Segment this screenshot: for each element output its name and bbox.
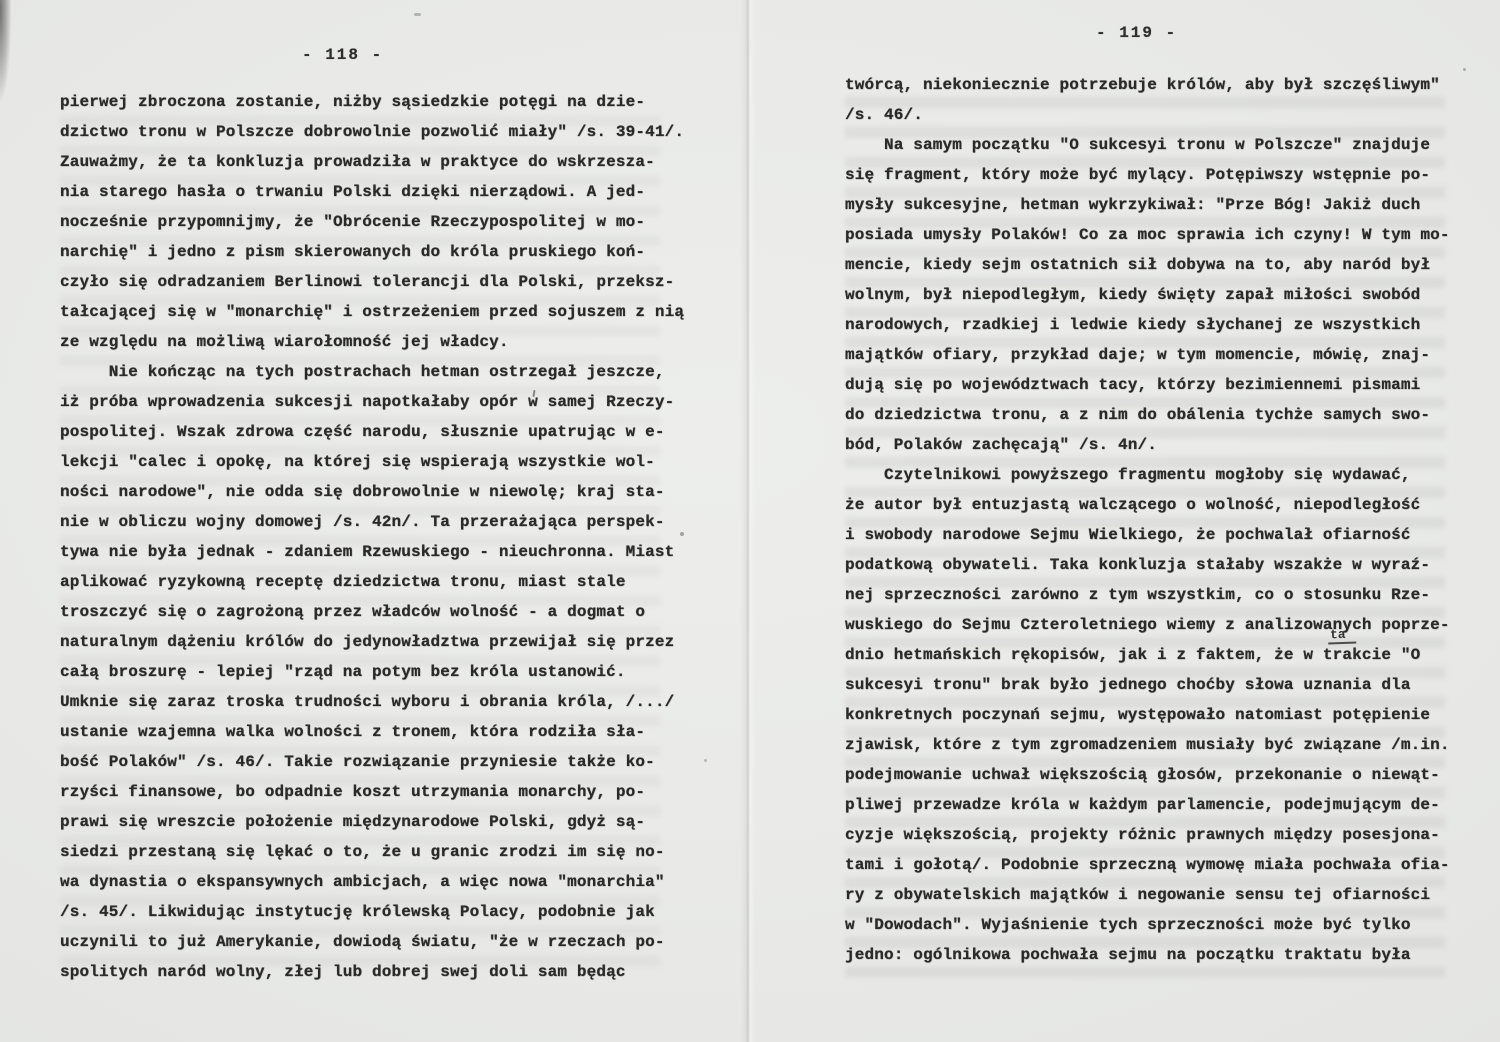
scanned-book-spread: - 118 - pierwej zbroczona zostanie, niżb… [0,0,1500,1042]
text-line: /s. 46/. [845,100,1450,130]
text-line: tywa nie była jednak - zdaniem Rzewuskie… [60,537,684,567]
text-line: Zauważmy, że ta konkluzja prowadziła w p… [60,147,684,177]
paper-speck [494,123,497,126]
text-line: zjawisk, które z tym zgromadzeniem musia… [845,730,1450,760]
paper-speck [680,532,684,536]
text-line: jedno: ogólnikowa pochwała sejmu na pocz… [845,940,1450,970]
text-line: naturalnym dążeniu królów do jedynowładz… [60,627,684,657]
text-line: w "Dowodach". Wyjaśnienie tych sprzeczno… [845,910,1450,940]
text-line: spolitych naród wolny, złej lub dobrej s… [60,957,684,987]
text-line: pospolitej. Wszak zdrowa część narodu, s… [60,417,684,447]
text-line: ności narodowe", nie odda się dobrowolni… [60,477,684,507]
text-line: uczynili to już Amerykanie, dowiodą świa… [60,927,684,957]
text-line: narchię" i jedno z pism skierowanych do … [60,237,684,267]
text-line: mencie, kiedy sejm ostatnich sił dobywa … [845,250,1450,280]
text-line: ustanie wzajemna walka wolności z tronem… [60,717,684,747]
text-line: cyzje większością, projekty różnic prawn… [845,820,1450,850]
text-line: dują się po województwach tacy, którzy b… [845,370,1450,400]
text-line: ze względu na możliwą wiarołomność jej w… [60,327,684,357]
scan-edge-shadow [0,0,18,150]
text-line: troszczyć się o zagrożoną przez władców … [60,597,684,627]
text-line: podejmowanie uchwał większością głosów, … [845,760,1450,790]
text-line: wuskiego do Sejmu Czteroletniego wiemy z… [845,610,1450,640]
text-line: do dziedzictwa tronu, a z nim do obáleni… [845,400,1450,430]
text-line: dzictwo tronu w Polszcze dobrowolnie poz… [60,117,684,147]
page-number-right: - 119 - [1096,24,1177,42]
text-line: prawi się wreszcie położenie międzynarod… [60,807,684,837]
paper-speck [704,759,707,762]
text-line: i swobody narodowe Sejmu Wielkiego, że p… [845,520,1450,550]
text-line: że autor był entuzjastą walczącego o wol… [845,490,1450,520]
text-line: mysły sukcesyjne, hetman wykrzykiwał: "P… [845,190,1450,220]
text-line: Nie kończąc na tych postrachach hetman o… [60,357,684,387]
page-number-left: - 118 - [302,46,383,64]
text-line: nej sprzeczności zarówno z tym wszystkim… [845,580,1450,610]
page-gutter-fold [740,0,756,1042]
text-line: ry z obywatelskich majątków i negowanie … [845,880,1450,910]
text-line: nocześnie przypomnijmy, że "Obrócenie Rz… [60,207,684,237]
text-line: nia starego hasła o trwaniu Polski dzięk… [60,177,684,207]
text-line: wolnym, był niepodległym, kiedy święty z… [845,280,1450,310]
text-line: wa dynastia o ekspansywnych ambicjach, a… [60,867,684,897]
text-line: bód, Polaków zachęcają" /s. 4n/. [845,430,1450,460]
text-line: dnio hetmańskich rękopisów, jak i z fakt… [845,640,1450,670]
text-line: majątków ofiary, przykład daje; w tym mo… [845,340,1450,370]
text-line: lekcji "calec i opokę, na której się wsp… [60,447,684,477]
page-118-text-block: pierwej zbroczona zostanie, niżby sąsied… [60,87,684,987]
text-line: czyło się odradzaniem Berlinowi toleranc… [60,267,684,297]
page-119-text-block: twórcą, niekoniecznie potrzebuje królów,… [845,70,1450,970]
text-line: rzyści finansowe, bo odpadnie koszt utrz… [60,777,684,807]
text-line: tałcającej się w "monarchię" i ostrzeżen… [60,297,684,327]
text-line: podatkową obywateli. Taka konkluzja stał… [845,550,1450,580]
text-line: bość Polaków" /s. 46/. Takie rozwiązanie… [60,747,684,777]
text-line: twórcą, niekoniecznie potrzebuje królów,… [845,70,1450,100]
text-line: Czytelnikowi powyższego fragmentu mogłob… [845,460,1450,490]
text-line: pierwej zbroczona zostanie, niżby sąsied… [60,87,684,117]
text-line: pliwej przewadze króla w każdym parlamen… [845,790,1450,820]
text-line: Umknie się zaraz troska trudności wyboru… [60,687,684,717]
text-line: siedzi przestaną się lękać o to, że u gr… [60,837,684,867]
text-line: narodowych, rzadkiej i ledwie kiedy słyc… [845,310,1450,340]
text-line: konkretnych poczynań sejmu, występowało … [845,700,1450,730]
text-line: nie w obliczu wojny domowej /s. 42n/. Ta… [60,507,684,537]
text-line: sukcesyi tronu" brak było jednego choćby… [845,670,1450,700]
text-line: tami i gołotą/. Podobnie sprzeczną wymow… [845,850,1450,880]
text-line: całą broszurę - lepiej "rząd na potym be… [60,657,684,687]
paper-speck [1463,68,1466,71]
text-line: aplikować ryzykowną receptę dziedzictwa … [60,567,684,597]
handwritten-correction: ta [1328,628,1356,645]
text-line: iż próba wprowadzenia sukcesji napotkała… [60,387,684,417]
text-line: /s. 45/. Likwidując instytucję królewską… [60,897,684,927]
text-line: posiada umysły Polaków! Co za moc sprawi… [845,220,1450,250]
paper-speck [414,13,421,16]
text-line: Na samym początku "O sukcesyi tronu w Po… [845,130,1450,160]
text-line: się fragment, który może być mylący. Pot… [845,160,1450,190]
